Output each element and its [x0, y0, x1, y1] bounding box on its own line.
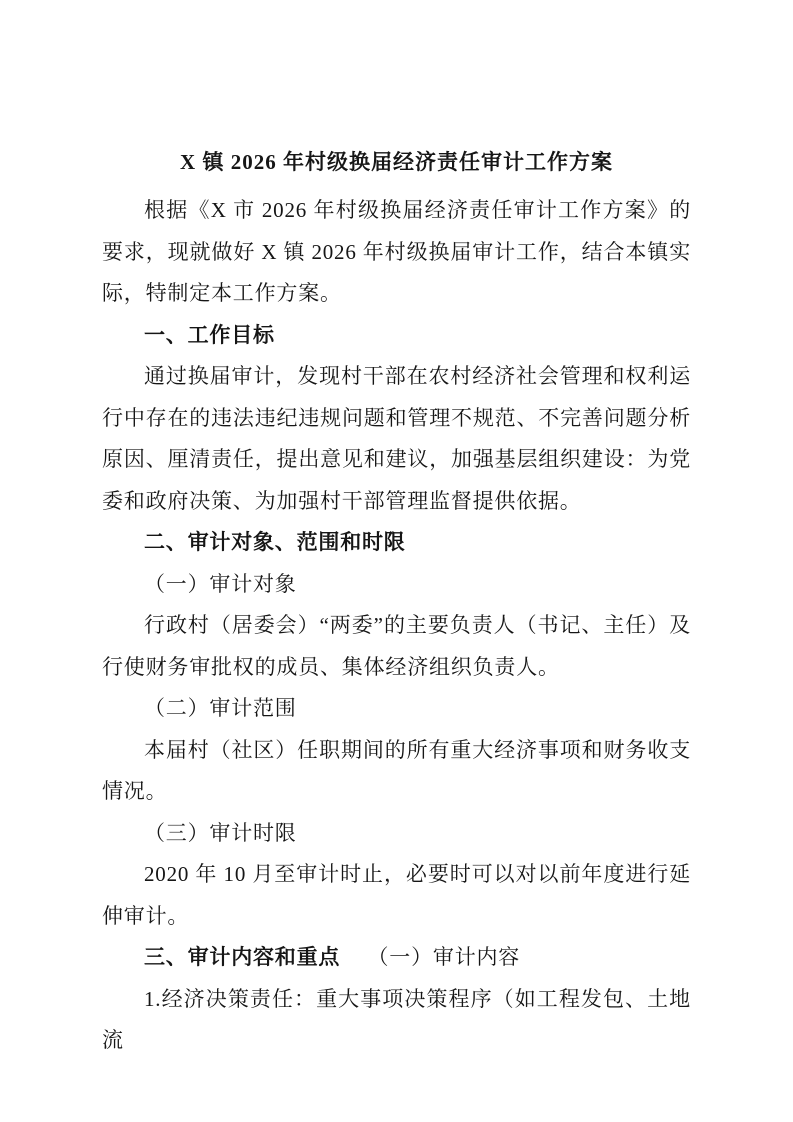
- paragraph: 根据《X 市 2026 年村级换届经济责任审计工作方案》的要求，现就做好 X 镇…: [102, 190, 691, 315]
- section-heading: 三、审计内容和重点: [144, 945, 340, 969]
- paragraph: 2020 年 10 月至审计时止，必要时可以对以前年度进行延伸审计。: [102, 854, 691, 937]
- paragraph: 1.经济决策责任：重大事项决策程序（如工程发包、土地流: [102, 979, 691, 1062]
- section-heading: 一、工作目标: [102, 315, 691, 357]
- paragraph: 行政村（居委会）“两委”的主要负责人（书记、主任）及行使财务审批权的成员、集体经…: [102, 605, 691, 688]
- document-body: 根据《X 市 2026 年村级换届经济责任审计工作方案》的要求，现就做好 X 镇…: [102, 190, 691, 1062]
- paragraph: （一）审计对象: [102, 564, 691, 606]
- document-content: X 镇 2026 年村级换届经济责任审计工作方案 根据《X 市 2026 年村级…: [102, 142, 691, 1062]
- paragraph: （二）审计范围: [102, 688, 691, 730]
- section-heading: 二、审计对象、范围和时限: [102, 522, 691, 564]
- paragraph: 本届村（社区）任职期间的所有重大经济事项和财务收支情况。: [102, 730, 691, 813]
- sub-heading: （一）审计内容: [368, 945, 521, 969]
- document-title: X 镇 2026 年村级换届经济责任审计工作方案: [102, 142, 691, 182]
- document-page: X 镇 2026 年村级换届经济责任审计工作方案 根据《X 市 2026 年村级…: [0, 0, 793, 1122]
- paragraph: （三）审计时限: [102, 813, 691, 855]
- paragraph: 通过换届审计，发现村干部在农村经济社会管理和权利运行中存在的违法违纪违规问题和管…: [102, 356, 691, 522]
- section-heading-with-subheading: 三、审计内容和重点（一）审计内容: [102, 937, 691, 979]
